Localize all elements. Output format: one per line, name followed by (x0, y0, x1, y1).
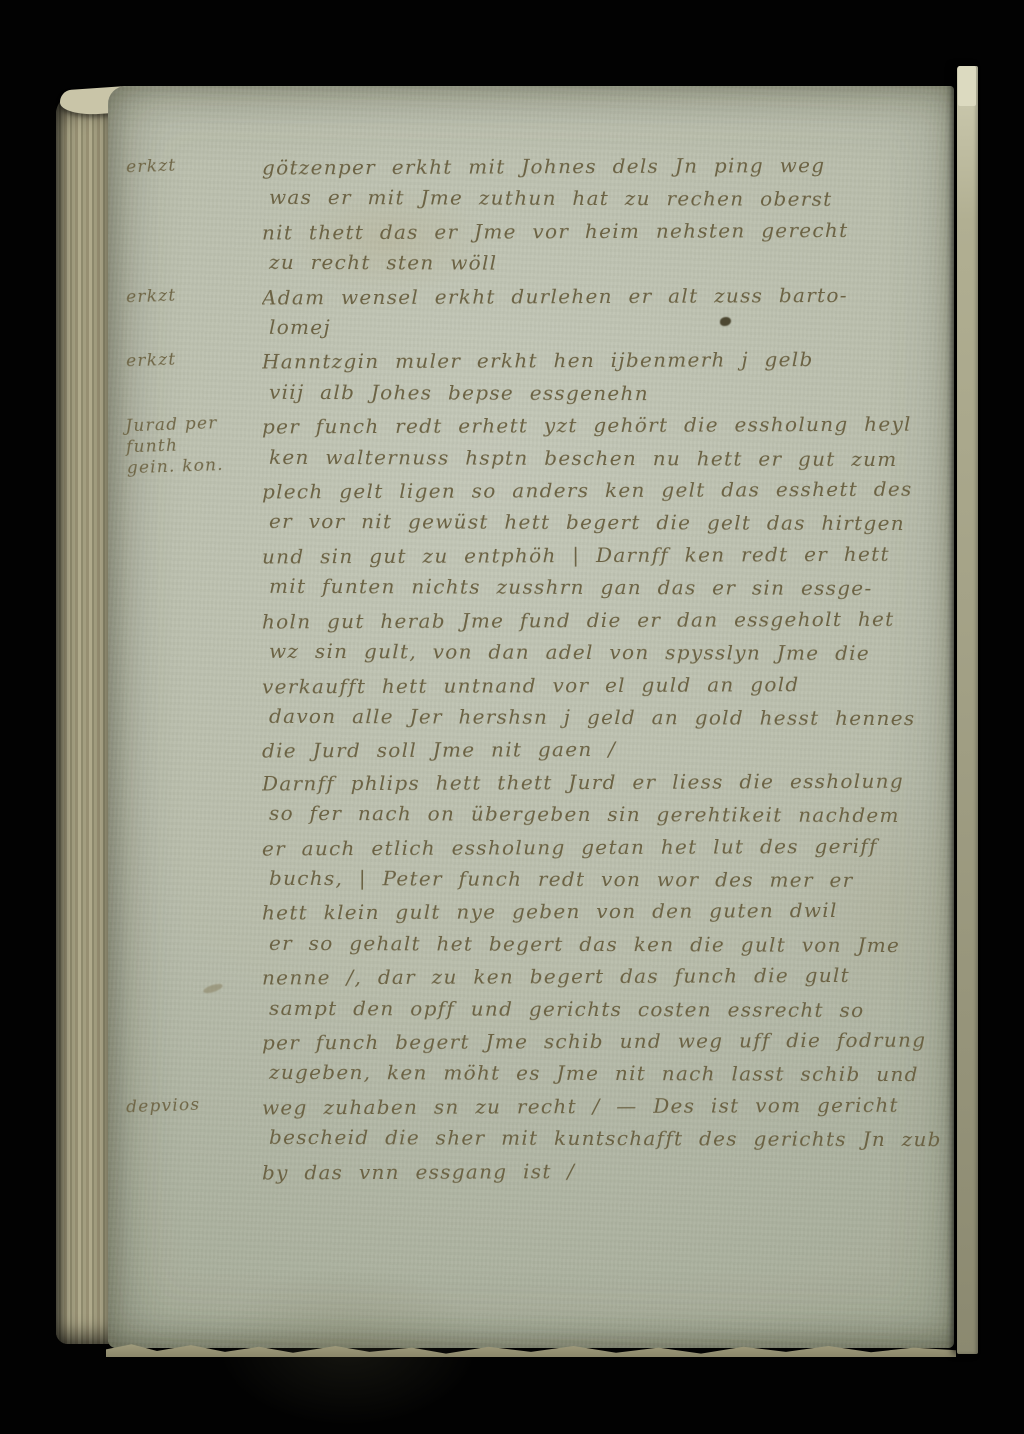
manuscript-line: Hanntzgin muler erkht hen ijbenmerh j ge… (262, 344, 940, 378)
manuscript-line: mit funten nichts zusshrn gan das er sin… (269, 570, 940, 605)
entry-lines: götzenper erkht mit Johnes dels Jn ping … (262, 150, 940, 280)
manuscript-line: per funch begert Jme schib und weg uff d… (262, 1023, 940, 1058)
manuscript-line: er vor nit gewüst hett begert die gelt d… (269, 505, 940, 540)
manuscript-line: nit thett das er Jme vor heim nehsten ge… (262, 213, 940, 248)
manuscript-line: viij alb Johes bepse essgenehn (269, 376, 940, 410)
manuscript-line: lomej (269, 311, 940, 345)
next-page-edge (957, 66, 978, 1354)
manuscript-entry: Darnff phlips hett thett Jurd er liess d… (126, 766, 940, 1090)
text-entries: erkztgötzenper erkht mit Johnes dels Jn … (108, 86, 954, 1348)
manuscript-line: sampt den opff und gerichts costen essre… (269, 991, 940, 1026)
manuscript-line: davon alle Jer hershsn j geld an gold he… (269, 700, 940, 735)
manuscript-line: zugeben, ken möht es Jme nit nach lasst … (269, 1056, 940, 1090)
manuscript-line: und sin gut zu entphöh | Darnff ken redt… (262, 537, 940, 572)
manuscript-line: götzenper erkht mit Johnes dels Jn ping … (262, 150, 940, 184)
manuscript-line: er so gehalt het begert das ken die gult… (269, 927, 940, 962)
margin-note: Jurad per funthgein. kon. (125, 407, 263, 480)
manuscript-page: erkztgötzenper erkht mit Johnes dels Jn … (108, 86, 954, 1348)
manuscript-entry: Jurad per funthgein. kon.per funch redt … (126, 409, 940, 765)
margin-note: depvios (126, 1087, 263, 1118)
manuscript-line: nenne /, dar zu ken begert das funch die… (262, 959, 940, 994)
photograph-background: erkztgötzenper erkht mit Johnes dels Jn … (0, 0, 1024, 1434)
manuscript-line: holn gut herab Jme fund die er dan essge… (262, 602, 940, 637)
manuscript-line: Darnff phlips hett thett Jurd er liess d… (262, 766, 940, 800)
manuscript-line: er auch etlich essholung getan het lut d… (262, 829, 940, 864)
manuscript-line: so fer nach on übergeben sin gerehtikeit… (269, 797, 940, 832)
margin-note (126, 763, 262, 773)
manuscript-line: per funch redt erhett yzt gehört die ess… (262, 409, 940, 443)
entry-lines: Adam wensel erkht durlehen er alt zuss b… (262, 280, 940, 345)
manuscript-line: die Jurd soll Jme nit gaen / (262, 732, 940, 766)
manuscript-line: plech gelt ligen so anders ken gelt das … (262, 473, 940, 508)
manuscript-line: verkaufft hett untnand vor el guld an go… (262, 667, 940, 702)
manuscript-line: by das vnn essgang ist / (262, 1153, 940, 1187)
book-page-stack-edge (56, 94, 114, 1344)
manuscript-line: ken walternuss hsptn beschen nu hett er … (269, 440, 940, 475)
manuscript-line: hett klein gult nye geben von den guten … (262, 894, 940, 929)
manuscript-entry: depviosweg zuhaben sn zu recht / — Des i… (126, 1090, 940, 1187)
manuscript-line: buchs, | Peter funch redt von wor des me… (269, 862, 940, 897)
entry-lines: weg zuhaben sn zu recht / — Des ist vom … (262, 1090, 940, 1187)
margin-note: erkzt (126, 277, 263, 308)
manuscript-line: wz sin gult, von dan adel von spysslyn J… (269, 635, 940, 670)
entry-lines: Hanntzgin muler erkht hen ijbenmerh j ge… (262, 344, 940, 409)
manuscript-line: zu recht sten wöll (269, 246, 940, 280)
manuscript-entry: erkztgötzenper erkht mit Johnes dels Jn … (126, 150, 940, 280)
entry-lines: Darnff phlips hett thett Jurd er liess d… (262, 766, 940, 1090)
manuscript-entry: erkztHanntzgin muler erkht hen ijbenmerh… (126, 344, 940, 409)
margin-note: erkzt (126, 148, 263, 179)
entry-lines: per funch redt erhett yzt gehört die ess… (262, 409, 940, 765)
manuscript-line: weg zuhaben sn zu recht / — Des ist vom … (262, 1090, 940, 1124)
manuscript-entry: erkztAdam wensel erkht durlehen er alt z… (126, 280, 940, 345)
manuscript-line: Adam wensel erkht durlehen er alt zuss b… (262, 280, 940, 314)
margin-note: erkzt (126, 342, 263, 373)
manuscript-line: was er mit Jme zuthun hat zu rechen ober… (269, 181, 940, 216)
manuscript-line: bescheid die sher mit kuntschafft des ge… (269, 1121, 940, 1156)
next-page-edge-glare (958, 66, 976, 106)
